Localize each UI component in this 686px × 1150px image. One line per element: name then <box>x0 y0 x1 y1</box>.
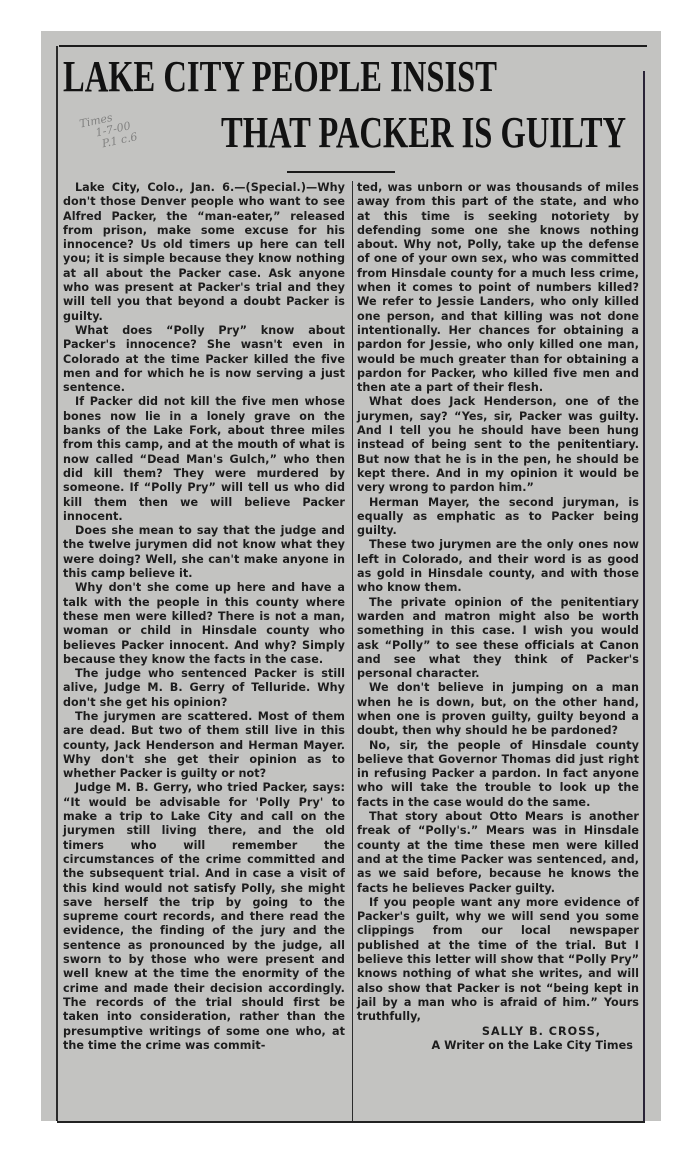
handwritten-annotation: Times 1-7-00 P.1 c.6 <box>78 96 193 154</box>
article-column-right: ted, was unborn or was thousands of mile… <box>357 181 639 1053</box>
article-paragraph: No, sir, the people of Hinsdale county b… <box>357 739 639 810</box>
article-column-left: Lake City, Colo., Jan. 6.—(Special.)—Why… <box>63 181 345 1053</box>
article-paragraph: Why don't she come up here and have a ta… <box>63 581 345 667</box>
article-paragraph: If you people want any more evidence of … <box>357 896 639 1025</box>
frame-left-border <box>56 46 58 1121</box>
article-paragraph: ted, was unborn or was thousands of mile… <box>357 181 639 395</box>
frame-top-border <box>59 45 647 47</box>
frame-right-border <box>643 71 645 1121</box>
article-paragraph: The private opinion of the penitentiary … <box>357 596 639 682</box>
headline-line-2: THAT PACKER IS GUILTY <box>221 109 626 157</box>
article-paragraph: If Packer did not kill the five men whos… <box>63 395 345 524</box>
signature: SALLY B. CROSS, <box>357 1025 639 1039</box>
article-paragraph: Lake City, Colo., Jan. 6.—(Special.)—Why… <box>63 181 345 324</box>
article-paragraph: That story about Otto Mears is another f… <box>357 810 639 896</box>
signature-title: A Writer on the Lake City Times <box>357 1039 639 1053</box>
article-paragraph: What does Jack Henderson, one of the jur… <box>357 395 639 495</box>
article-paragraph: Judge M. B. Gerry, who tried Packer, say… <box>63 781 345 1053</box>
article-paragraph: What does “Polly Pry” know about Packer'… <box>63 324 345 395</box>
article-paragraph: These two jurymen are the only ones now … <box>357 538 639 595</box>
headline-line-1: LAKE CITY PEOPLE INSIST <box>63 53 497 101</box>
headline-rule <box>287 171 395 173</box>
bottom-rule <box>57 1121 645 1123</box>
article-paragraph: The jurymen are scattered. Most of them … <box>63 710 345 781</box>
article-paragraph: Herman Mayer, the second juryman, is equ… <box>357 496 639 539</box>
column-divider <box>352 181 353 1123</box>
article-paragraph: Does she mean to say that the judge and … <box>63 524 345 581</box>
article-paragraph: The judge who sentenced Packer is still … <box>63 667 345 710</box>
article-paragraph: We don't believe in jumping on a man whe… <box>357 681 639 738</box>
newspaper-clipping: LAKE CITY PEOPLE INSIST Times 1-7-00 P.1… <box>41 31 661 1121</box>
dateline: Lake City, Colo., Jan. 6.—(Special.)— <box>75 181 317 194</box>
